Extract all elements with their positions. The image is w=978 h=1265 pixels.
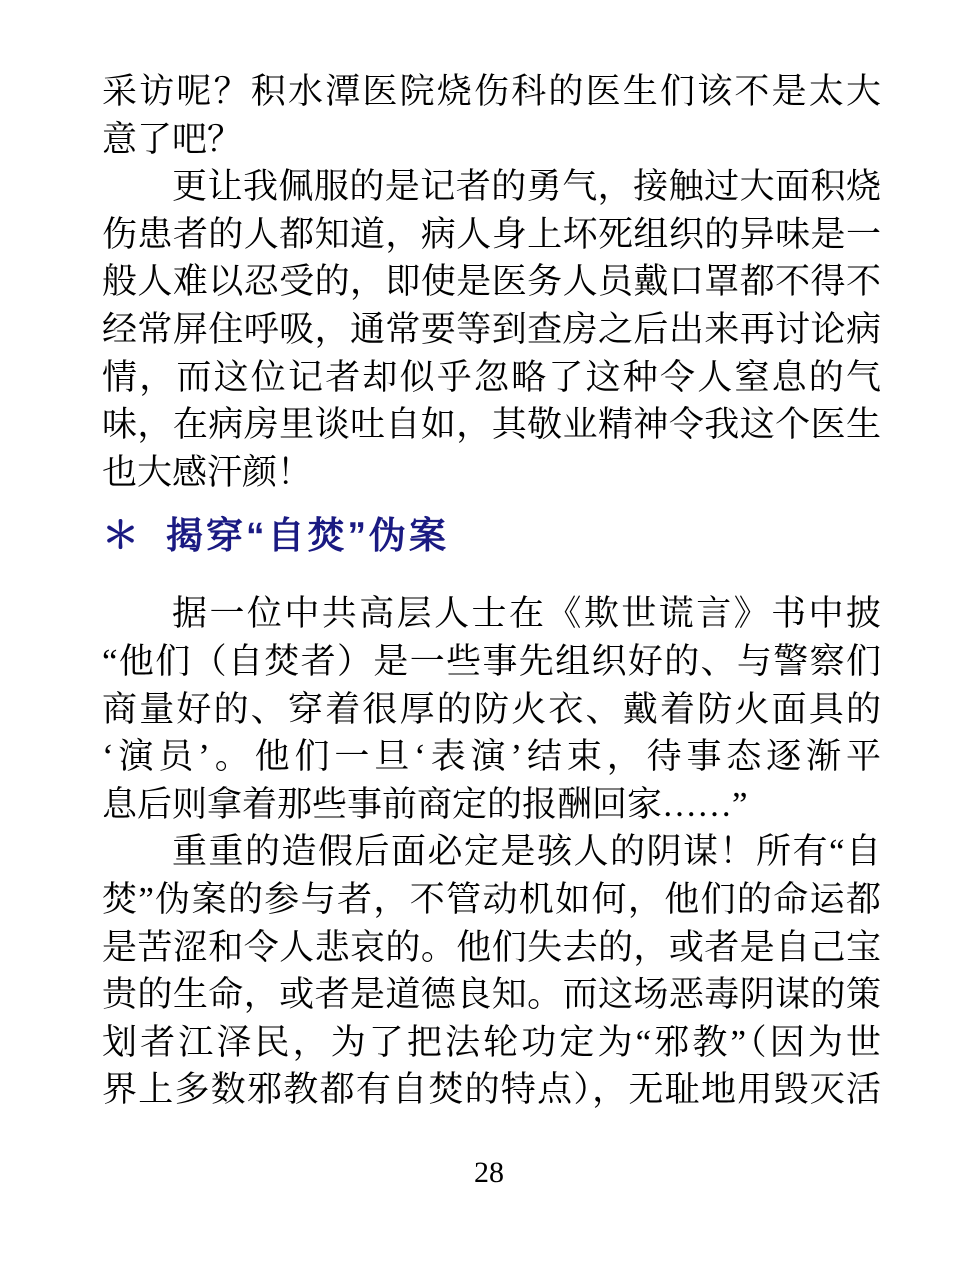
text-line: 是苦涩和令人悲哀的。他们失去的，或者是自己宝: [102, 924, 881, 972]
text-block: 采访呢？积水潭医院烧伤科的医生们该不是太大 意了吧？ 更让我佩服的是记者的勇气，…: [102, 68, 881, 1114]
paragraph: 采访呢？积水潭医院烧伤科的医生们该不是太大 意了吧？: [102, 68, 881, 163]
document-page: 采访呢？积水潭医院烧伤科的医生们该不是太大 意了吧？ 更让我佩服的是记者的勇气，…: [0, 0, 978, 1265]
text-line: 情，而这位记者却似乎忽略了这种令人窒息的气: [102, 354, 881, 402]
text-line: 重重的造假后面必定是骇人的阴谋！所有“自: [102, 828, 881, 876]
text-line: 划者江泽民，为了把法轮功定为“邪教”（因为世: [102, 1019, 881, 1067]
heading-asterisk-marker: ＊: [102, 515, 142, 556]
text-line: 据一位中共高层人士在《欺世谎言》书中披露：: [102, 590, 881, 638]
heading-text: 揭穿“自焚”伪案: [166, 515, 449, 556]
text-line: 更让我佩服的是记者的勇气，接触过大面积烧: [102, 163, 881, 211]
text-line: 经常屏住呼吸，通常要等到查房之后出来再讨论病: [102, 306, 881, 354]
text-line: 界上多数邪教都有自焚的特点），无耻地用毁灭活: [102, 1066, 881, 1114]
text-line: 伤患者的人都知道，病人身上坏死组织的异味是一: [102, 211, 881, 259]
text-line: 焚”伪案的参与者，不管动机如何，他们的命运都: [102, 876, 881, 924]
text-line: 商量好的、穿着很厚的防火衣、戴着防火面具的: [102, 686, 881, 734]
text-line: 也大感汗颜！: [102, 449, 881, 497]
text-line: 味，在病房里谈吐自如，其敬业精神令我这个医生: [102, 401, 881, 449]
paragraph: 据一位中共高层人士在《欺世谎言》书中披露： “他们（自焚者）是一些事先组织好的、…: [102, 590, 881, 828]
text-line: 息后则拿着那些事前商定的报酬回家……”: [102, 781, 881, 829]
text-line: ‘演员’。他们一旦‘表演’结束，待事态逐渐平: [102, 733, 881, 781]
text-line: “他们（自焚者）是一些事先组织好的、与警察们: [102, 638, 881, 686]
text-line: 采访呢？积水潭医院烧伤科的医生们该不是太大: [102, 68, 881, 116]
text-line: 贵的生命，或者是道德良知。而这场恶毒阴谋的策: [102, 971, 881, 1019]
page-number: 28: [0, 1154, 978, 1192]
section-heading: ＊揭穿“自焚”伪案: [102, 514, 881, 558]
paragraph: 重重的造假后面必定是骇人的阴谋！所有“自 焚”伪案的参与者，不管动机如何，他们的…: [102, 828, 881, 1114]
text-line: 般人难以忍受的，即使是医务人员戴口罩都不得不: [102, 258, 881, 306]
text-line: 意了吧？: [102, 116, 881, 164]
paragraph: 更让我佩服的是记者的勇气，接触过大面积烧 伤患者的人都知道，病人身上坏死组织的异…: [102, 163, 881, 496]
